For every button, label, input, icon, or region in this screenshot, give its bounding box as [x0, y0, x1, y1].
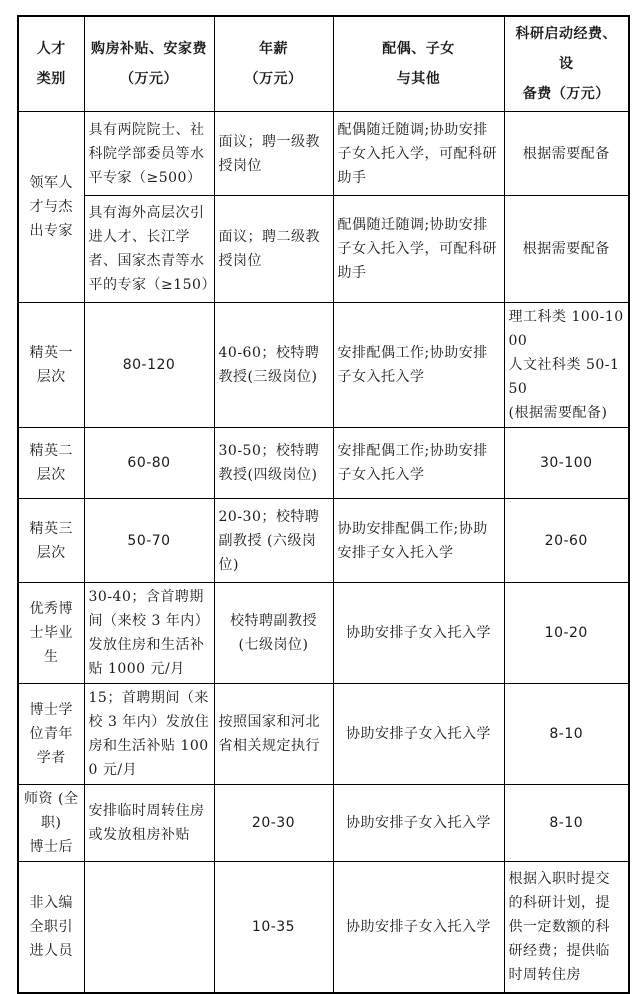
cell-overseas-experts-spouse: 配偶随迁随调;协助安排子女入托入学，可配科研助手: [333, 196, 504, 303]
talent-benefits-table: 人才 类别 购房补贴、安家费 （万元） 年薪 （万元） 配偶、子女 与其他 科研…: [17, 15, 630, 994]
cell-young-phd-scholar-fund: 8-10: [504, 684, 629, 785]
cell-fulltime-postdoc-category: 师资 (全职) 博士后: [18, 785, 84, 862]
cell-young-phd-scholar-housing: 15；首聘期间（来校 3 年内）发放住房和生活补贴 1000 元/月: [84, 684, 214, 785]
table-row: 精英三层次 50-70 20-30；校特聘副教授 (六级岗位) 协助安排配偶工作…: [18, 499, 629, 583]
cell-overseas-experts-fund: 根据需要配备: [504, 196, 629, 303]
table-row: 非入编全职引进人员 10-35 协助安排子女入托入学 根据入职时提交的科研计划，…: [18, 862, 629, 993]
cell-elite-tier-1-category: 精英一层次: [18, 303, 84, 428]
cell-fulltime-postdoc-salary: 20-30: [214, 785, 333, 862]
cell-elite-tier-2-salary: 30-50；校特聘教授(四级岗位): [214, 428, 333, 499]
cell-elite-tier-2-spouse: 安排配偶工作;协助安排子女入托入学: [333, 428, 504, 499]
cell-leading-experts-category: 领军人才与杰出专家: [18, 112, 84, 303]
cell-elite-tier-2-housing: 60-80: [84, 428, 214, 499]
cell-young-phd-scholar-salary: 按照国家和河北省相关规定执行: [214, 684, 333, 785]
cell-young-phd-scholar-spouse: 协助安排子女入托入学: [333, 684, 504, 785]
cell-non-staff-fulltime-spouse: 协助安排子女入托入学: [333, 862, 504, 993]
cell-non-staff-fulltime-fund: 根据入职时提交的科研计划，提供一定数额的科研经费；提供临时周转住房: [504, 862, 629, 993]
header-cell-spouse-children: 配偶、子女 与其他: [333, 16, 504, 112]
cell-elite-tier-3-fund: 20-60: [504, 499, 629, 583]
table-row: 精英一层次 80-120 40-60；校特聘教授(三级岗位) 安排配偶工作;协助…: [18, 303, 629, 428]
header-cell-housing-subsidy: 购房补贴、安家费 （万元）: [84, 16, 214, 112]
page: { "colors": { "background": "#ffffff", "…: [0, 0, 643, 946]
header-cell-talent-category: 人才 类别: [18, 16, 84, 112]
header-row: 人才 类别 购房补贴、安家费 （万元） 年薪 （万元） 配偶、子女 与其他 科研…: [18, 16, 629, 112]
cell-leading-experts-housing: 具有两院院士、社科院学部委员等水平专家（≥500）: [84, 112, 214, 196]
cell-elite-tier-3-housing: 50-70: [84, 499, 214, 583]
cell-leading-experts-spouse: 配偶随迁随调;协助安排子女入托入学，可配科研助手: [333, 112, 504, 196]
cell-outstanding-phd-housing: 30-40；含首聘期间（来校 3 年内）发放住房和生活补贴 1000 元/月: [84, 583, 214, 684]
header-cell-research-fund: 科研启动经费、设 备费（万元）: [504, 16, 629, 112]
cell-leading-experts-fund: 根据需要配备: [504, 112, 629, 196]
table-row: 博士学位青年学者 15；首聘期间（来校 3 年内）发放住房和生活补贴 1000 …: [18, 684, 629, 785]
cell-overseas-experts-salary: 面议；聘二级教授岗位: [214, 196, 333, 303]
cell-elite-tier-2-category: 精英二层次: [18, 428, 84, 499]
table-row: 具有海外高层次引进人才、长江学者、国家杰青等水平的专家（≥150） 面议；聘二级…: [18, 196, 629, 303]
cell-elite-tier-1-housing: 80-120: [84, 303, 214, 428]
table-row: 领军人才与杰出专家 具有两院院士、社科院学部委员等水平专家（≥500） 面议；聘…: [18, 112, 629, 196]
cell-elite-tier-3-salary: 20-30；校特聘副教授 (六级岗位): [214, 499, 333, 583]
cell-young-phd-scholar-category: 博士学位青年学者: [18, 684, 84, 785]
cell-non-staff-fulltime-housing: [84, 862, 214, 993]
cell-elite-tier-1-spouse: 安排配偶工作;协助安排子女入托入学: [333, 303, 504, 428]
table-row: 精英二层次 60-80 30-50；校特聘教授(四级岗位) 安排配偶工作;协助安…: [18, 428, 629, 499]
cell-leading-experts-salary: 面议；聘一级教授岗位: [214, 112, 333, 196]
table-row: 优秀博士毕业生 30-40；含首聘期间（来校 3 年内）发放住房和生活补贴 10…: [18, 583, 629, 684]
cell-elite-tier-1-salary: 40-60；校特聘教授(三级岗位): [214, 303, 333, 428]
header-cell-annual-salary: 年薪 （万元）: [214, 16, 333, 112]
cell-outstanding-phd-category: 优秀博士毕业生: [18, 583, 84, 684]
cell-elite-tier-3-category: 精英三层次: [18, 499, 84, 583]
cell-fulltime-postdoc-fund: 8-10: [504, 785, 629, 862]
cell-fulltime-postdoc-housing: 安排临时周转住房或发放租房补贴: [84, 785, 214, 862]
cell-elite-tier-1-fund: 理工科类 100-1000 人文社科类 50-150 (根据需要配备): [504, 303, 629, 428]
cell-non-staff-fulltime-category: 非入编全职引进人员: [18, 862, 84, 993]
cell-overseas-experts-housing: 具有海外高层次引进人才、长江学者、国家杰青等水平的专家（≥150）: [84, 196, 214, 303]
cell-fulltime-postdoc-spouse: 协助安排子女入托入学: [333, 785, 504, 862]
cell-outstanding-phd-fund: 10-20: [504, 583, 629, 684]
cell-non-staff-fulltime-salary: 10-35: [214, 862, 333, 993]
cell-outstanding-phd-salary: 校特聘副教授 (七级岗位): [214, 583, 333, 684]
cell-outstanding-phd-spouse: 协助安排子女入托入学: [333, 583, 504, 684]
cell-elite-tier-2-fund: 30-100: [504, 428, 629, 499]
table-row: 师资 (全职) 博士后 安排临时周转住房或发放租房补贴 20-30 协助安排子女…: [18, 785, 629, 862]
cell-elite-tier-3-spouse: 协助安排配偶工作;协助安排子女入托入学: [333, 499, 504, 583]
